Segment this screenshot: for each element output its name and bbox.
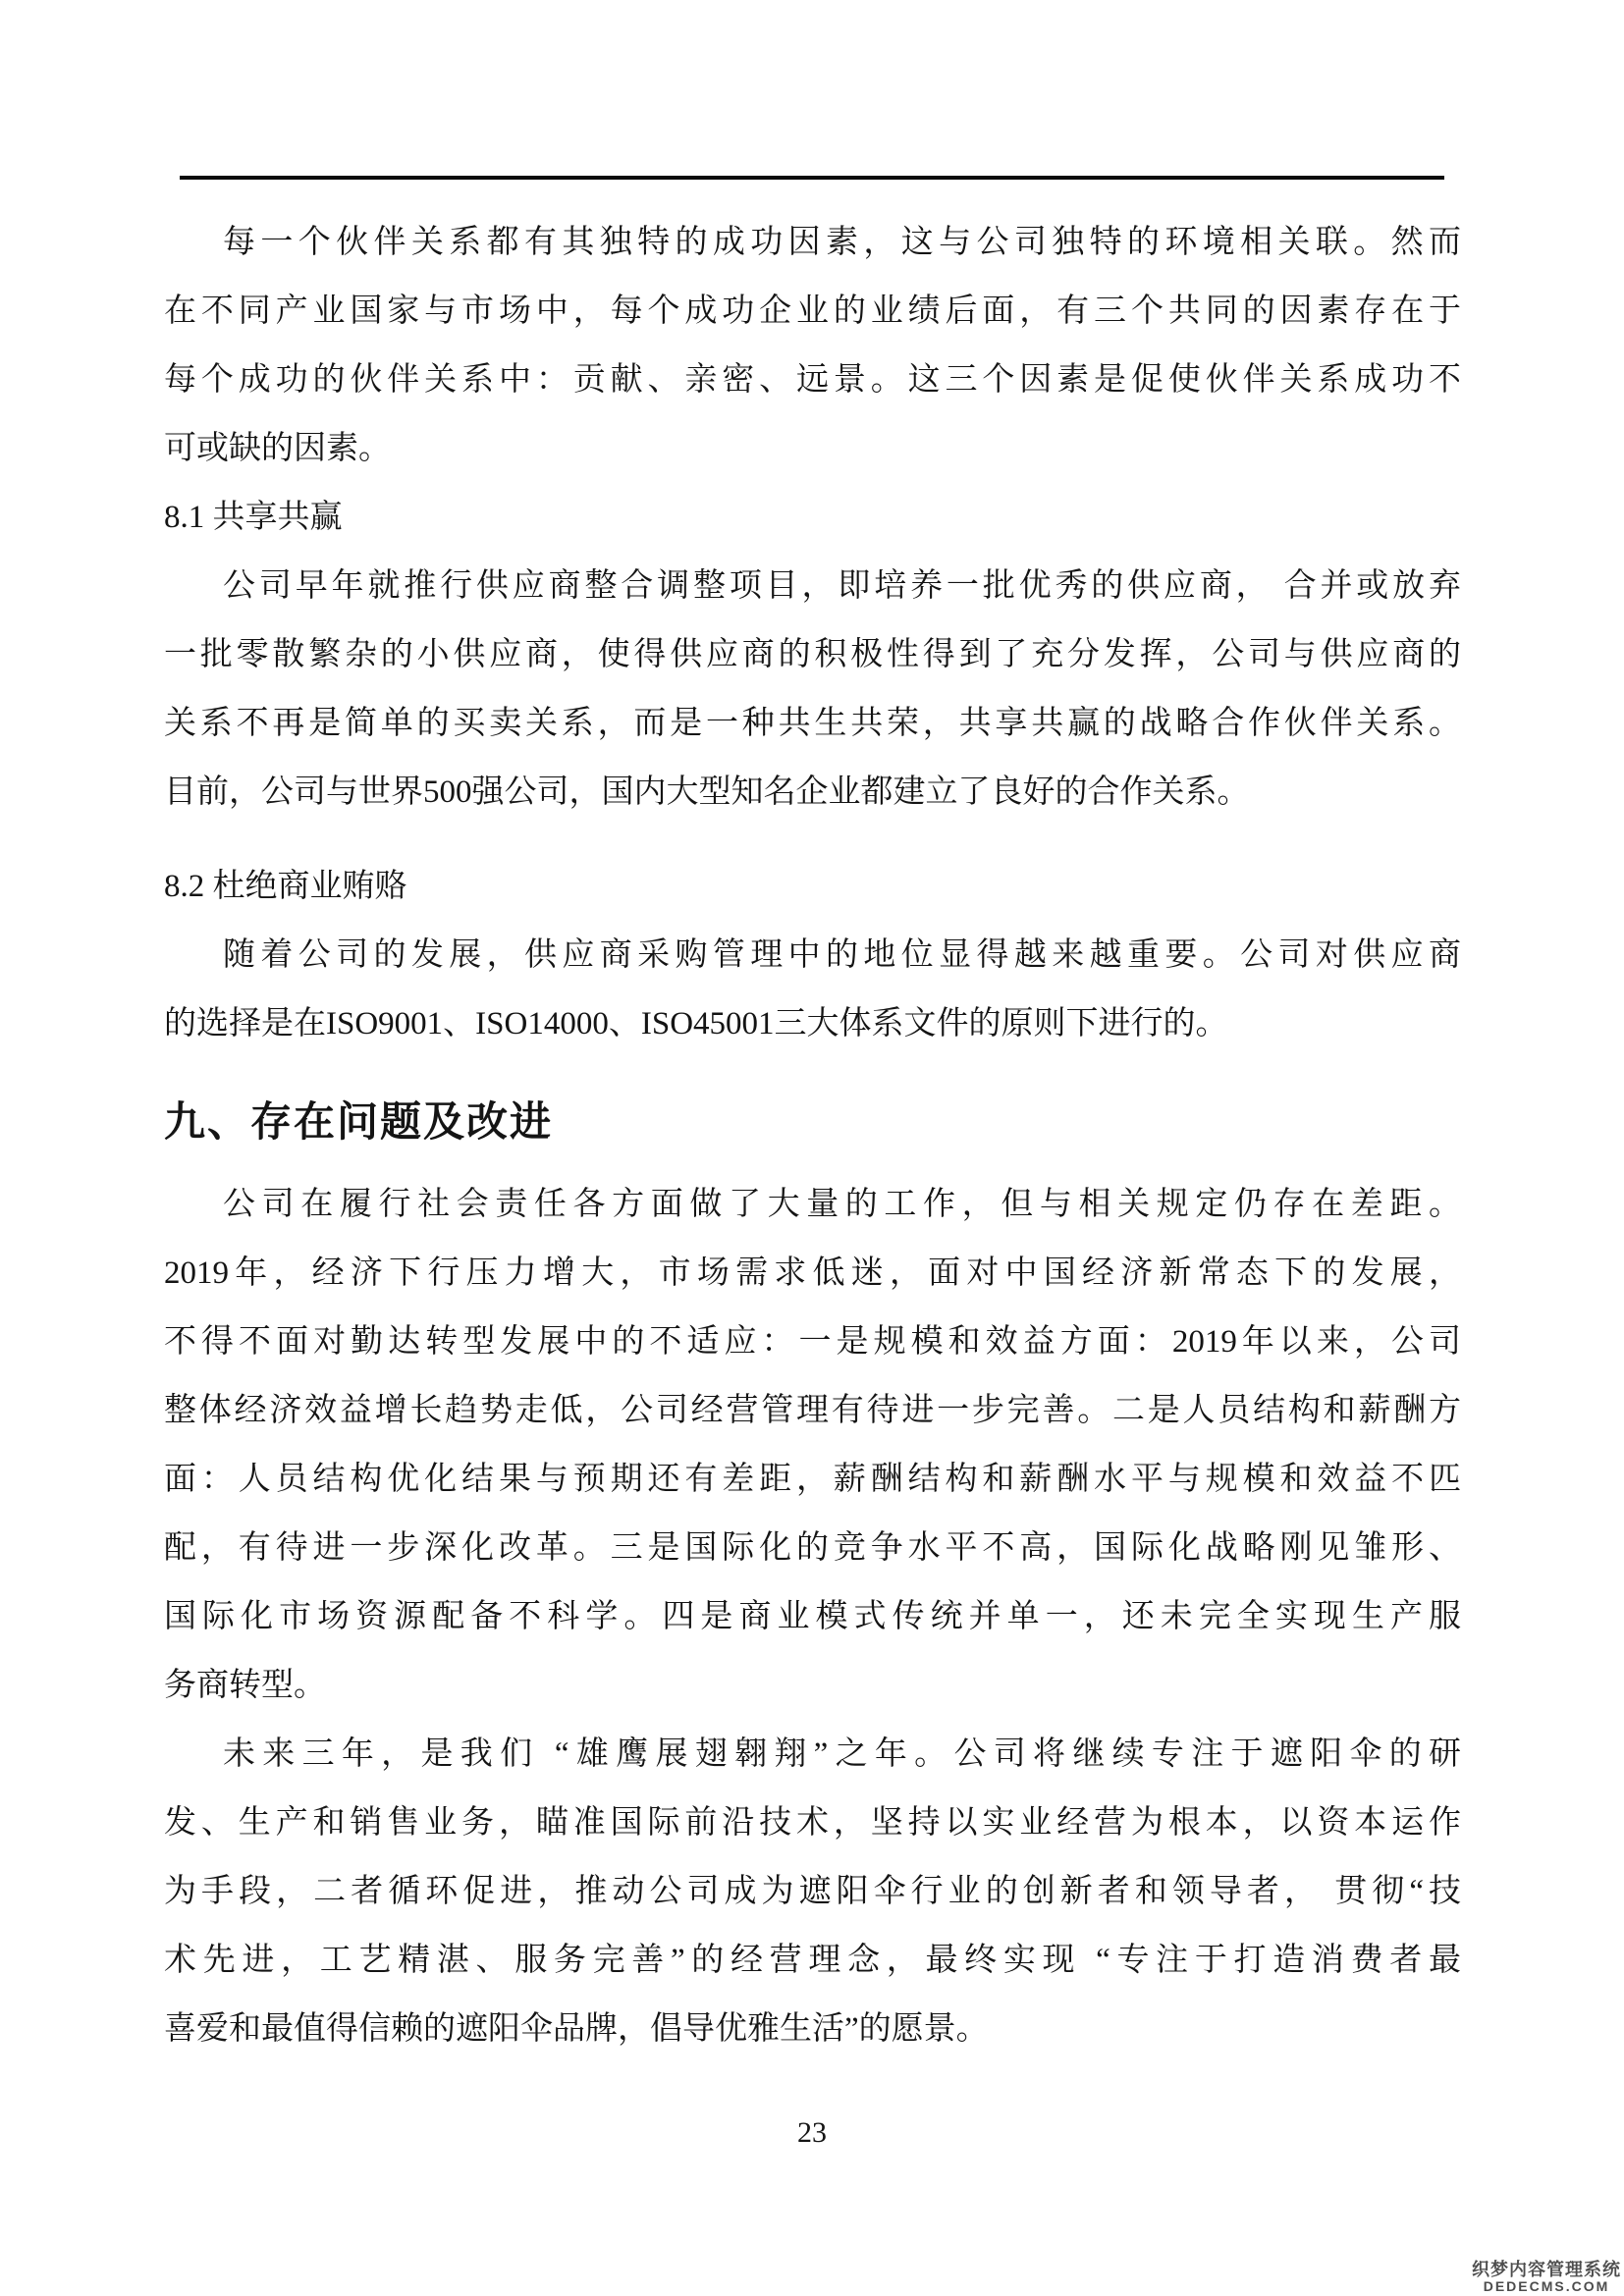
watermark: 织梦内容管理系统 DEDECMS.COM: [1472, 2260, 1621, 2294]
text-line: 每个成功的伙伴关系中：贡献、亲密、远景。这三个因素是促使伙伴关系成功不: [164, 346, 1461, 414]
paragraph: 随着公司的发展，供应商采购管理中的地位显得越来越重要。公司对供应商的选择是在IS…: [164, 921, 1461, 1058]
watermark-en-text: DEDECMS.COM: [1472, 2279, 1621, 2294]
text-line: 公司在履行社会责任各方面做了大量的工作，但与相关规定仍存在差距。: [164, 1170, 1461, 1239]
section-heading: 九、存在问题及改进: [164, 1084, 1461, 1160]
text-line: 整体经济效益增长趋势走低，公司经营管理有待进一步完善。二是人员结构和薪酬方: [164, 1376, 1461, 1445]
text-line: 随着公司的发展，供应商采购管理中的地位显得越来越重要。公司对供应商: [164, 921, 1461, 989]
text-line: 配，有待进一步深化改革。三是国际化的竞争水平不高，国际化战略刚见雏形、: [164, 1514, 1461, 1582]
text-line: 每一个伙伴关系都有其独特的成功因素，这与公司独特的环境相关联。然而: [164, 208, 1461, 277]
text-line: 关系不再是简单的买卖关系，而是一种共生共荣，共享共赢的战略合作伙伴关系。: [164, 689, 1461, 758]
text-line: 为手段，二者循环促进，推动公司成为遮阳伞行业的创新者和领导者， 贯彻“技: [164, 1857, 1461, 1926]
paragraph: 未来三年，是我们 “雄鹰展翅翱翔”之年。公司将继续专注于遮阳伞的研发、生产和销售…: [164, 1720, 1461, 2063]
text-line: 国际化市场资源配备不科学。四是商业模式传统并单一，还未完全实现生产服: [164, 1582, 1461, 1651]
text-line: 目前，公司与世界500强公司，国内大型知名企业都建立了良好的合作关系。: [164, 758, 1461, 827]
subsection-heading: 8.2 杜绝商业贿赂: [164, 852, 1461, 921]
text-line: 发、生产和销售业务，瞄准国际前沿技术，坚持以实业经营为根本，以资本运作: [164, 1789, 1461, 1857]
document-page: 每一个伙伴关系都有其独特的成功因素，这与公司独特的环境相关联。然而在不同产业国家…: [0, 0, 1624, 2296]
text-line: 公司早年就推行供应商整合调整项目，即培养一批优秀的供应商， 合并或放弃: [164, 552, 1461, 620]
paragraph: 每一个伙伴关系都有其独特的成功因素，这与公司独特的环境相关联。然而在不同产业国家…: [164, 208, 1461, 483]
text-line: 喜爱和最值得信赖的遮阳伞品牌，倡导优雅生活”的愿景。: [164, 1995, 1461, 2063]
text-line: 不得不面对勤达转型发展中的不适应：一是规模和效益方面：2019年以来，公司: [164, 1308, 1461, 1376]
text-line: 一批零散繁杂的小供应商，使得供应商的积极性得到了充分发挥，公司与供应商的: [164, 620, 1461, 689]
subsection-heading: 8.1 共享共赢: [164, 483, 1461, 552]
text-line: 面：人员结构优化结果与预期还有差距，薪酬结构和薪酬水平与规模和效益不匹: [164, 1445, 1461, 1514]
text-line: 在不同产业国家与市场中，每个成功企业的业绩后面，有三个共同的因素存在于: [164, 277, 1461, 346]
paragraph: 公司早年就推行供应商整合调整项目，即培养一批优秀的供应商， 合并或放弃一批零散繁…: [164, 552, 1461, 827]
paragraph: 公司在履行社会责任各方面做了大量的工作，但与相关规定仍存在差距。2019年，经济…: [164, 1170, 1461, 1720]
text-line: 术先进，工艺精湛、服务完善”的经营理念，最终实现 “专注于打造消费者最: [164, 1926, 1461, 1995]
text-line: 可或缺的因素。: [164, 414, 1461, 483]
text-line: 2019年，经济下行压力增大，市场需求低迷，面对中国经济新常态下的发展，: [164, 1239, 1461, 1308]
page-number: 23: [0, 2116, 1624, 2150]
watermark-cn-text: 织梦内容管理系统: [1472, 2260, 1621, 2279]
text-line: 务商转型。: [164, 1651, 1461, 1720]
text-line: 未来三年，是我们 “雄鹰展翅翱翔”之年。公司将继续专注于遮阳伞的研: [164, 1720, 1461, 1789]
header-rule: [180, 176, 1444, 180]
text-line: 的选择是在ISO9001、ISO14000、ISO45001三大体系文件的原则下…: [164, 989, 1461, 1058]
document-body: 每一个伙伴关系都有其独特的成功因素，这与公司独特的环境相关联。然而在不同产业国家…: [164, 208, 1461, 2063]
